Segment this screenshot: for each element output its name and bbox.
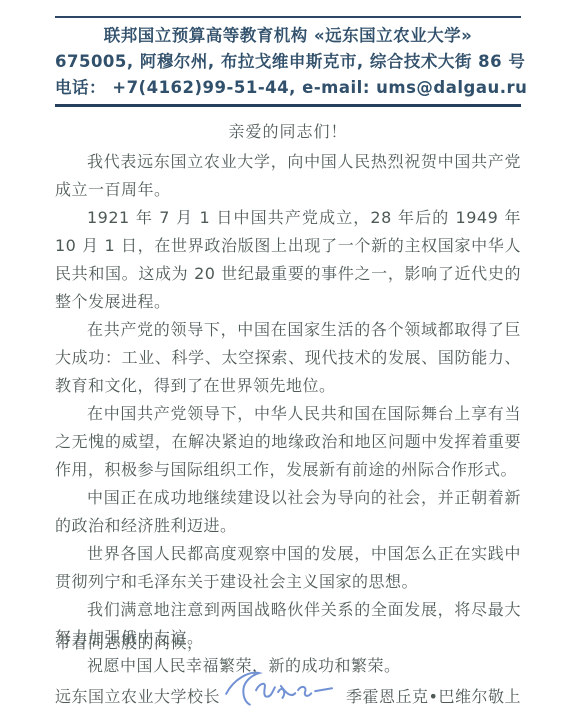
body-paragraph: 我代表远东国立农业大学，向中国人民热烈祝贺中国共产党成立一百周年。 <box>55 148 521 204</box>
handwritten-signature-icon <box>219 662 341 716</box>
body-paragraph: 在中国共产党领导下，中华人民共和国在国际舞台上享有当之无愧的威望，在解决紧迫的地… <box>55 400 521 484</box>
body-paragraph: 世界各国人民都高度观察中国的发展，中国怎么正在实践中贯彻列宁和毛泽东关于建设社会… <box>55 540 521 596</box>
organization-contacts: 电话： +7(4162)99-51-44, e-mail: ums@dalgau… <box>55 75 521 101</box>
letterhead: 联邦国立预算高等教育机构 «远东国立农业大学» 675005, 阿穆尔州, 布拉… <box>55 16 521 107</box>
body-paragraph: 中国正在成功地继续建设以社会为导向的社会，并正朝着新的政治和经济胜利迈进。 <box>55 484 521 540</box>
organization-address: 675005, 阿穆尔州, 布拉戈维申斯克市, 综合技术大街 86 号 <box>55 49 521 75</box>
signer-row: 远东国立农业大学校长 季霍恩丘克•巴维尔敬上 <box>55 661 521 709</box>
closing-block: 带着同志般的问候， 远东国立农业大学校长 季霍恩丘克•巴维尔敬上 <box>55 630 521 709</box>
scanned-letter-page: 联邦国立预算高等教育机构 «远东国立农业大学» 675005, 阿穆尔州, 布拉… <box>0 0 571 721</box>
signer-name: 季霍恩丘克•巴维尔敬上 <box>346 685 521 709</box>
farewell-line: 带着同志般的问候， <box>55 630 521 653</box>
body-paragraph: 1921 年 7 月 1 日中国共产党成立，28 年后的 1949 年 10 月… <box>55 204 521 316</box>
organization-name: 联邦国立预算高等教育机构 «远东国立农业大学» <box>55 23 521 49</box>
salutation: 亲爱的同志们！ <box>55 119 521 142</box>
signer-title: 远东国立农业大学校长 <box>55 685 220 709</box>
body-paragraph: 在共产党的领导下，中国在国家生活的各个领域都取得了巨大成功：工业、科学、太空探索… <box>55 316 521 400</box>
letter-body: 我代表远东国立农业大学，向中国人民热烈祝贺中国共产党成立一百周年。 1921 年… <box>55 148 521 680</box>
